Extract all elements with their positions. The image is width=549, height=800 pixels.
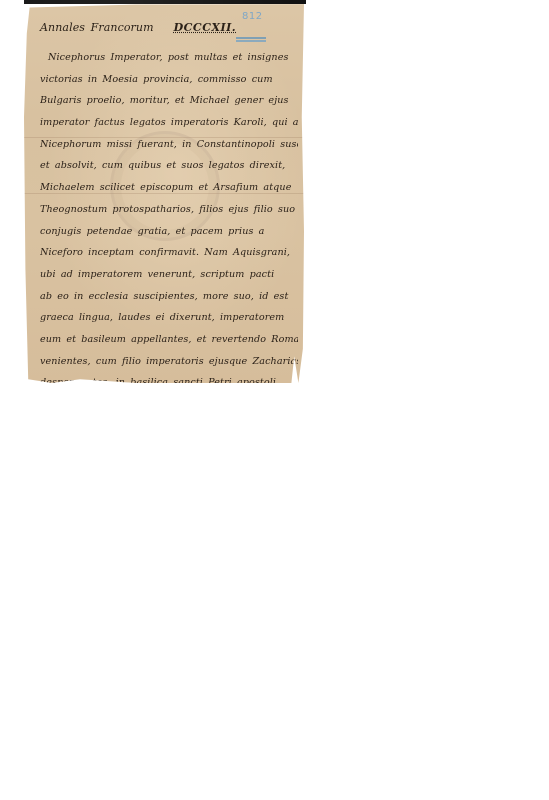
scan-top-border bbox=[24, 0, 306, 4]
manuscript-scan: 812 Annales Francorum DCCCXII. Nicephoru… bbox=[22, 0, 308, 386]
manuscript-line: ubi ad imperatorem venerunt, scriptum pa… bbox=[40, 264, 298, 286]
manuscript-line: et absolvit, cum quibus et suos legatos … bbox=[40, 155, 298, 177]
manuscript-line: venientes, cum filio imperatoris ejusque… bbox=[40, 351, 298, 373]
manuscript-line: Theognostum protospatharios, filios ejus… bbox=[40, 199, 298, 221]
manuscript-line: eundem pacti seu foederis libellum a Leo… bbox=[40, 394, 298, 416]
manuscript-line: Nicephorum missi fuerant, in Constantino… bbox=[40, 134, 298, 156]
manuscript-line: victorias in Moesia provincia, commisso … bbox=[40, 69, 298, 91]
manuscript-line: desponsantes, in basilica sancti Petri a… bbox=[40, 372, 298, 394]
heading-title: Annales Francorum bbox=[40, 21, 154, 34]
manuscript-heading: Annales Francorum DCCCXII. bbox=[40, 21, 298, 41]
manuscript-line: graeca lingua, laudes ei dixerunt, imper… bbox=[40, 307, 298, 329]
manuscript-line: conjugis petendae gratia, et pacem prius… bbox=[40, 221, 298, 243]
manuscript-line: eum et basileum appellantes, et reverten… bbox=[40, 329, 298, 351]
manuscript-line: Nicephorus Imperator, post multas et ins… bbox=[40, 47, 298, 69]
manuscript-line: Michaelem scilicet episcopum et Arsafium… bbox=[40, 177, 298, 199]
manuscript-text: Annales Francorum DCCCXII. Nicephorus Im… bbox=[40, 21, 298, 437]
manuscript-line: imperator factus legatos imperatoris Kar… bbox=[40, 112, 298, 134]
manuscript-line: Bulgaris proelio, moritur, et Michael ge… bbox=[40, 90, 298, 112]
heading-year: DCCCXII. bbox=[174, 21, 236, 34]
manuscript-page: 812 Annales Francorum DCCCXII. Nicephoru… bbox=[24, 3, 304, 383]
manuscript-line: papa denuo susceperunt. bbox=[40, 416, 298, 438]
manuscript-line: Niceforo inceptam confirmavit. Nam Aquis… bbox=[40, 242, 298, 264]
manuscript-line: ab eo in ecclesia suscipientes, more suo… bbox=[40, 286, 298, 308]
manuscript-body: Nicephorus Imperator, post multas et ins… bbox=[40, 47, 298, 437]
